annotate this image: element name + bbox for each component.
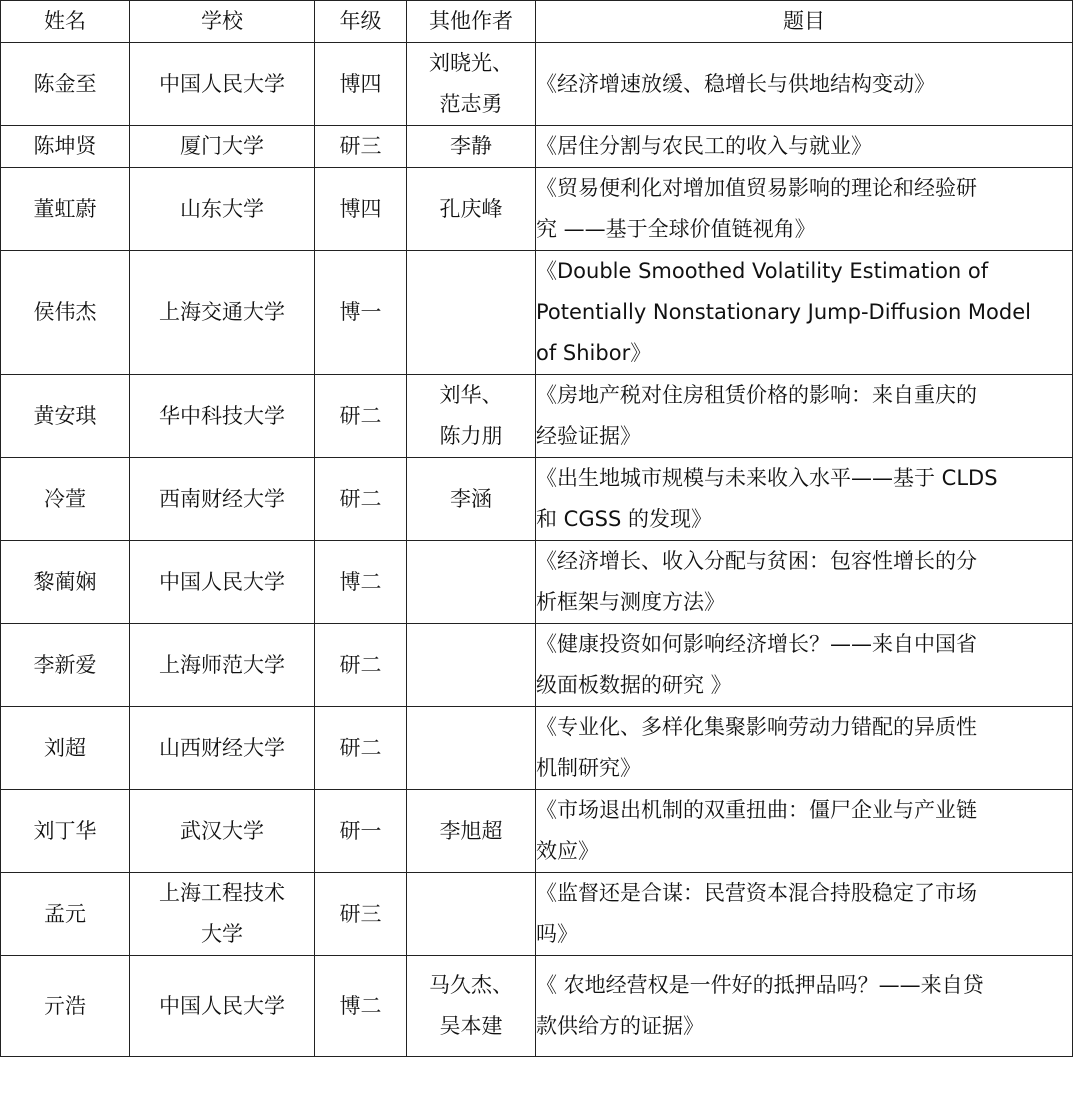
header-row: 姓名 学校 年级 其他作者 题目 <box>1 1 1073 43</box>
table-row: 陈金至 中国人民大学 博四 刘晓光、 范志勇 《经济增速放缓、稳增长与供地结构变… <box>1 43 1073 126</box>
cell-title: 《贸易便利化对增加值贸易影响的理论和经验研 究 ——基于全球价值链视角》 <box>536 168 1073 251</box>
cell-title: 《健康投资如何影响经济增长？——来自中国省 级面板数据的研究 》 <box>536 624 1073 707</box>
cell-coauthors: 孔庆峰 <box>407 168 536 251</box>
cell-title: 《出生地城市规模与未来收入水平——基于 CLDS 和 CGSS 的发现》 <box>536 458 1073 541</box>
table-row: 孟元 上海工程技术 大学 研三 《监督还是合谋：民营资本混合持股稳定了市场 吗》 <box>1 873 1073 956</box>
cell-school: 武汉大学 <box>130 790 315 873</box>
cell-grade: 博一 <box>315 251 407 375</box>
cell-coauthors: 李静 <box>407 126 536 168</box>
cell-title: 《监督还是合谋：民营资本混合持股稳定了市场 吗》 <box>536 873 1073 956</box>
cell-grade: 博四 <box>315 43 407 126</box>
table-row: 刘丁华 武汉大学 研一 李旭超 《市场退出机制的双重扭曲：僵尸企业与产业链 效应… <box>1 790 1073 873</box>
header-school: 学校 <box>130 1 315 43</box>
cell-coauthors <box>407 873 536 956</box>
cell-title: 《经济增速放缓、稳增长与供地结构变动》 <box>536 43 1073 126</box>
table-row: 亓浩 中国人民大学 博二 马久杰、 吴本建 《 农地经营权是一件好的抵押品吗？—… <box>1 956 1073 1057</box>
cell-school: 中国人民大学 <box>130 541 315 624</box>
cell-grade: 研二 <box>315 707 407 790</box>
cell-school: 山西财经大学 <box>130 707 315 790</box>
table-body: 陈金至 中国人民大学 博四 刘晓光、 范志勇 《经济增速放缓、稳增长与供地结构变… <box>1 43 1073 1057</box>
cell-name: 黄安琪 <box>1 375 130 458</box>
cell-grade: 博四 <box>315 168 407 251</box>
table-row: 陈坤贤 厦门大学 研三 李静 《居住分割与农民工的收入与就业》 <box>1 126 1073 168</box>
cell-name: 刘超 <box>1 707 130 790</box>
cell-name: 冷萱 <box>1 458 130 541</box>
cell-name: 董虹蔚 <box>1 168 130 251</box>
header-title: 题目 <box>536 1 1073 43</box>
cell-grade: 博二 <box>315 956 407 1057</box>
table-row: 李新爱 上海师范大学 研二 《健康投资如何影响经济增长？——来自中国省 级面板数… <box>1 624 1073 707</box>
cell-grade: 研一 <box>315 790 407 873</box>
cell-name: 李新爱 <box>1 624 130 707</box>
cell-name: 陈坤贤 <box>1 126 130 168</box>
cell-coauthors <box>407 251 536 375</box>
header-coauthors: 其他作者 <box>407 1 536 43</box>
cell-school: 中国人民大学 <box>130 43 315 126</box>
cell-coauthors <box>407 624 536 707</box>
table-row: 董虹蔚 山东大学 博四 孔庆峰 《贸易便利化对增加值贸易影响的理论和经验研 究 … <box>1 168 1073 251</box>
cell-title: 《Double Smoothed Volatility Estimation o… <box>536 251 1073 375</box>
header-grade: 年级 <box>315 1 407 43</box>
cell-coauthors: 马久杰、 吴本建 <box>407 956 536 1057</box>
cell-title: 《居住分割与农民工的收入与就业》 <box>536 126 1073 168</box>
cell-name: 刘丁华 <box>1 790 130 873</box>
cell-title: 《房地产税对住房租赁价格的影响：来自重庆的 经验证据》 <box>536 375 1073 458</box>
table-row: 黎蔺娴 中国人民大学 博二 《经济增长、收入分配与贫困：包容性增长的分 析框架与… <box>1 541 1073 624</box>
cell-coauthors <box>407 541 536 624</box>
cell-grade: 研三 <box>315 873 407 956</box>
cell-name: 侯伟杰 <box>1 251 130 375</box>
cell-coauthors <box>407 707 536 790</box>
cell-name: 黎蔺娴 <box>1 541 130 624</box>
cell-school: 上海工程技术 大学 <box>130 873 315 956</box>
cell-school: 上海师范大学 <box>130 624 315 707</box>
cell-title: 《 农地经营权是一件好的抵押品吗？——来自贷 款供给方的证据》 <box>536 956 1073 1057</box>
cell-title: 《经济增长、收入分配与贫困：包容性增长的分 析框架与测度方法》 <box>536 541 1073 624</box>
cell-grade: 博二 <box>315 541 407 624</box>
header-name: 姓名 <box>1 1 130 43</box>
cell-grade: 研三 <box>315 126 407 168</box>
paper-roster-table: 姓名 学校 年级 其他作者 题目 陈金至 中国人民大学 博四 刘晓光、 范志勇 … <box>0 0 1073 1057</box>
cell-school: 上海交通大学 <box>130 251 315 375</box>
cell-coauthors: 刘华、 陈力朋 <box>407 375 536 458</box>
cell-coauthors: 李旭超 <box>407 790 536 873</box>
cell-grade: 研二 <box>315 375 407 458</box>
cell-name: 陈金至 <box>1 43 130 126</box>
cell-school: 西南财经大学 <box>130 458 315 541</box>
cell-coauthors: 刘晓光、 范志勇 <box>407 43 536 126</box>
cell-name: 亓浩 <box>1 956 130 1057</box>
table-row: 冷萱 西南财经大学 研二 李涵 《出生地城市规模与未来收入水平——基于 CLDS… <box>1 458 1073 541</box>
cell-grade: 研二 <box>315 624 407 707</box>
cell-coauthors: 李涵 <box>407 458 536 541</box>
cell-name: 孟元 <box>1 873 130 956</box>
cell-school: 中国人民大学 <box>130 956 315 1057</box>
cell-grade: 研二 <box>315 458 407 541</box>
cell-school: 华中科技大学 <box>130 375 315 458</box>
cell-school: 厦门大学 <box>130 126 315 168</box>
table-row: 刘超 山西财经大学 研二 《专业化、多样化集聚影响劳动力错配的异质性 机制研究》 <box>1 707 1073 790</box>
cell-title: 《市场退出机制的双重扭曲：僵尸企业与产业链 效应》 <box>536 790 1073 873</box>
cell-school: 山东大学 <box>130 168 315 251</box>
table-row: 侯伟杰 上海交通大学 博一 《Double Smoothed Volatilit… <box>1 251 1073 375</box>
cell-title: 《专业化、多样化集聚影响劳动力错配的异质性 机制研究》 <box>536 707 1073 790</box>
table-row: 黄安琪 华中科技大学 研二 刘华、 陈力朋 《房地产税对住房租赁价格的影响：来自… <box>1 375 1073 458</box>
